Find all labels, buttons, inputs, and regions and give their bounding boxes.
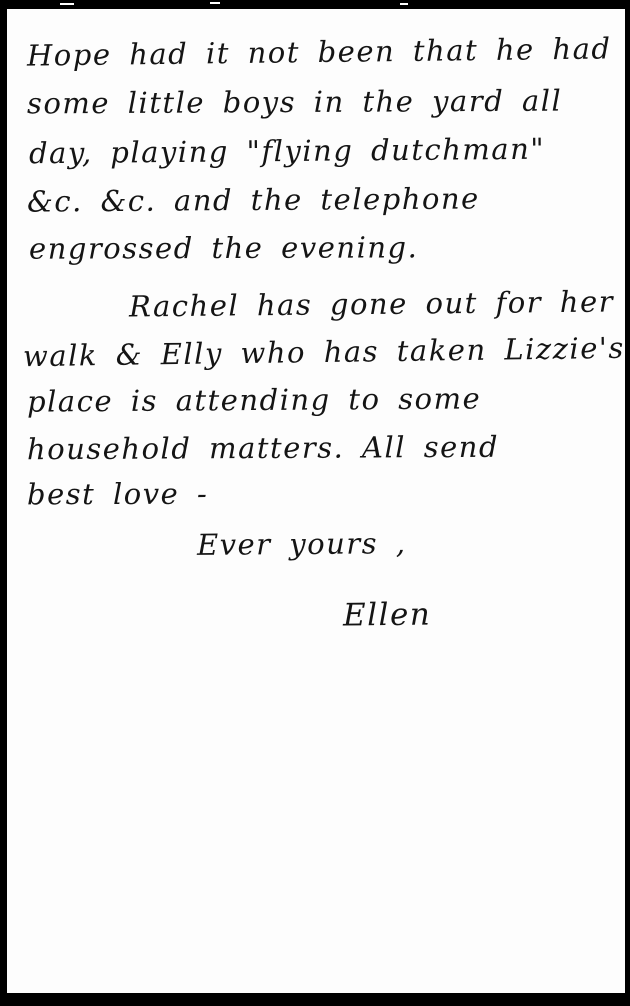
- letter-closing: Ever yours ,: [197, 526, 407, 562]
- letter-line: Hope had it not been that he had: [27, 31, 612, 72]
- letter-page: Hope had it not been that he had some li…: [7, 9, 625, 993]
- letter-line: household matters. All send: [27, 430, 499, 466]
- scan-noise-speck: [210, 2, 220, 4]
- scan-noise-speck: [60, 3, 74, 5]
- letter-line paragraph-start: Rachel has gone out for her: [129, 284, 614, 323]
- signature: Ellen: [343, 597, 432, 634]
- letter-line: some little boys in the yard all: [27, 84, 562, 121]
- letter-line: place is attending to some: [27, 381, 481, 418]
- letter-line: best love -: [27, 477, 208, 512]
- letter-line: day, playing "flying dutchman": [29, 132, 545, 171]
- letter-line: engrossed the evening.: [29, 230, 418, 265]
- letter-line: &c. &c. and the telephone: [27, 181, 480, 218]
- letter-line: walk & Elly who has taken Lizzie's: [23, 331, 625, 373]
- scan-noise-speck: [400, 3, 408, 5]
- scanned-letter: Hope had it not been that he had some li…: [0, 0, 630, 1006]
